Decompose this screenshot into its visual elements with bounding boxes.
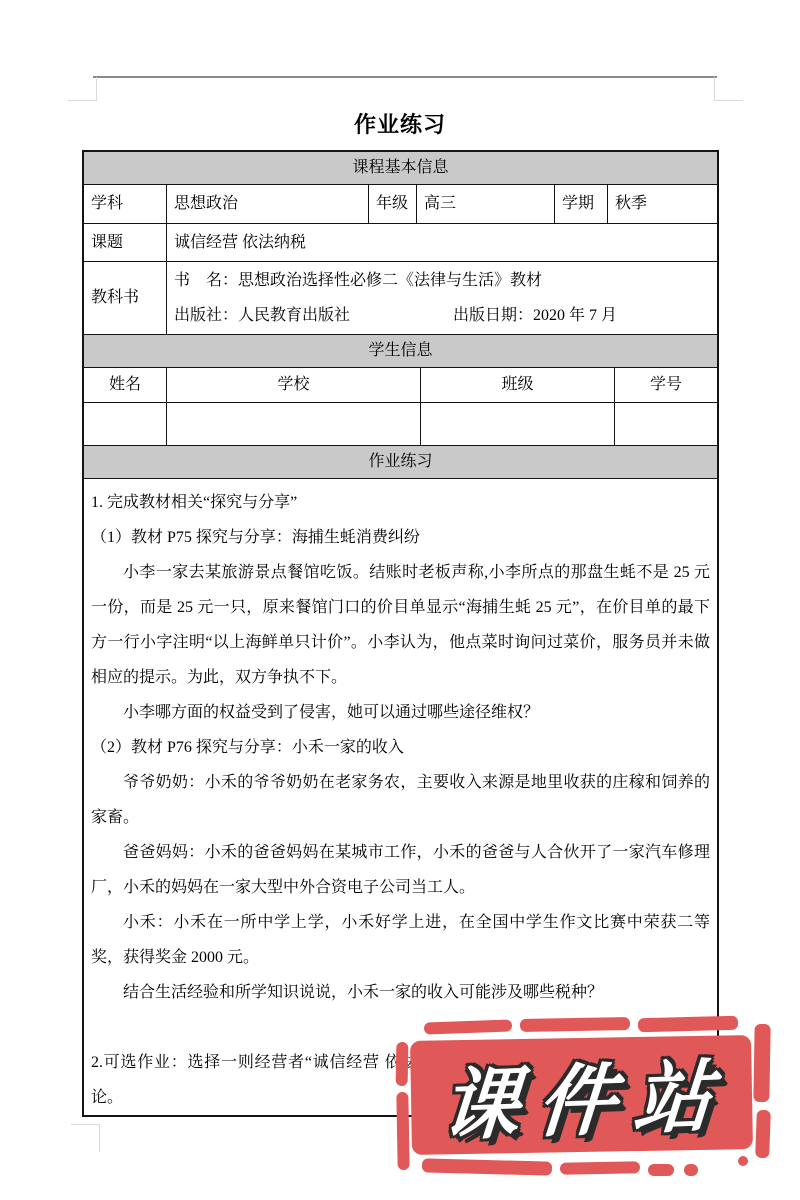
- stamp-border-bottom-segment: [648, 1164, 674, 1176]
- homework-paragraph: 爸爸妈妈：小禾的爸爸妈妈在某城市工作，小禾的爸爸与人合伙开了一家汽车修理厂，小禾…: [91, 835, 710, 905]
- student-class-input-cell[interactable]: [420, 403, 614, 445]
- stamp-border-top-segment: [520, 1017, 630, 1032]
- topic-value: 诚信经营 依法纳税: [166, 224, 717, 261]
- stamp-border-top-segment: [424, 1019, 512, 1034]
- section-header-course-info: 课程基本信息: [84, 152, 717, 184]
- homework-paragraph: 1. 完成教材相关“探究与分享”: [91, 485, 710, 520]
- textbook-details-cell: 书 名：思想政治选择性必修二《法律与生活》教材 出版社：人民教育出版社 出版日期…: [166, 262, 717, 334]
- student-name-label: 姓名: [84, 368, 166, 402]
- homework-paragraph: （1）教材 P75 探究与分享：海捕生蚝消费纠纷: [91, 520, 710, 555]
- textbook-publisher: 出版社：人民教育出版社: [174, 308, 350, 324]
- course-info-row: 学科 思想政治 年级 高三 学期 秋季: [84, 184, 717, 223]
- document-page: { "page": { "title": "作业练习" }, "colors":…: [0, 0, 800, 1200]
- section-header-student-info: 学生信息: [84, 334, 717, 367]
- semester-value: 秋季: [607, 185, 717, 223]
- page-top-edge-line: [93, 76, 717, 78]
- topic-row: 课题 诚信经营 依法纳税: [84, 223, 717, 261]
- student-school-label: 学校: [166, 368, 420, 402]
- student-class-label: 班级: [420, 368, 614, 402]
- section-header-homework: 作业练习: [84, 445, 717, 478]
- homework-sheet-table: 课程基本信息 学科 思想政治 年级 高三 学期 秋季 课题 诚信经营 依法纳税 …: [82, 150, 719, 1117]
- student-school-input-cell[interactable]: [166, 403, 420, 445]
- student-number-input-cell[interactable]: [614, 403, 717, 445]
- stamp-border-left-segment: [396, 1092, 409, 1170]
- student-name-input-cell[interactable]: [84, 403, 166, 445]
- stamp-border-bottom-dot: [738, 1156, 748, 1166]
- textbook-label: 教科书: [84, 262, 166, 334]
- stamp-border-bottom-segment: [422, 1158, 552, 1175]
- textbook-row: 教科书 书 名：思想政治选择性必修二《法律与生活》教材 出版社：人民教育出版社 …: [84, 261, 717, 334]
- semester-label: 学期: [554, 185, 607, 223]
- student-info-fill-row: [84, 402, 717, 445]
- grade-value: 高三: [416, 185, 554, 223]
- watermark-stamp: 课件站: [392, 1014, 784, 1184]
- student-info-header-row: 姓名 学校 班级 学号: [84, 367, 717, 402]
- page-corner-mark-top-right: [714, 77, 744, 102]
- page-corner-mark-bottom-left: [71, 1124, 101, 1154]
- grade-label: 年级: [368, 185, 416, 223]
- page-corner-mark-top-left: [68, 77, 98, 102]
- homework-paragraph: 结合生活经验和所学知识说说，小禾一家的收入可能涉及哪些税种？: [91, 975, 710, 1010]
- homework-paragraph: 小李哪方面的权益受到了侵害，她可以通过哪些途径维权？: [91, 695, 710, 730]
- homework-paragraph: 小李一家去某旅游景点餐馆吃饭。结账时老板声称,小李所点的那盘生蚝不是 25 元一…: [91, 555, 710, 695]
- stamp-text: 课件站: [428, 1034, 734, 1157]
- student-number-label: 学号: [614, 368, 717, 402]
- stamp-border-right-segment: [755, 1110, 771, 1158]
- homework-paragraph: （2）教材 P76 探究与分享：小禾一家的收入: [91, 730, 710, 765]
- stamp-border-bottom-segment: [560, 1161, 640, 1174]
- stamp-border-right-segment: [753, 1024, 770, 1102]
- homework-header-label: 作业练习: [368, 454, 432, 470]
- subject-label: 学科: [84, 185, 166, 223]
- stamp-border-top-segment: [638, 1016, 738, 1033]
- textbook-pub-date: 出版日期：2020 年 7 月: [453, 298, 617, 333]
- course-info-header-label: 课程基本信息: [352, 160, 448, 176]
- homework-paragraph: 爷爷奶奶：小禾的爷爷奶奶在老家务农，主要收入来源是地里收获的庄稼和饲养的家畜。: [91, 765, 710, 835]
- page-title: 作业练习: [0, 108, 800, 139]
- stamp-border-bottom-dot: [684, 1164, 698, 1176]
- homework-paragraph: 小禾：小禾在一所中学上学，小禾好学上进，在全国中学生作文比赛中荣获二等奖，获得奖…: [91, 905, 710, 975]
- topic-label: 课题: [84, 224, 166, 261]
- textbook-name-line: 书 名：思想政治选择性必修二《法律与生活》教材: [167, 263, 717, 298]
- student-info-header-label: 学生信息: [368, 343, 432, 359]
- textbook-publisher-line: 出版社：人民教育出版社 出版日期：2020 年 7 月: [167, 298, 717, 333]
- subject-value: 思想政治: [166, 185, 368, 223]
- stamp-body: 课件站: [410, 1035, 753, 1155]
- stamp-border-left-segment: [396, 1042, 409, 1086]
